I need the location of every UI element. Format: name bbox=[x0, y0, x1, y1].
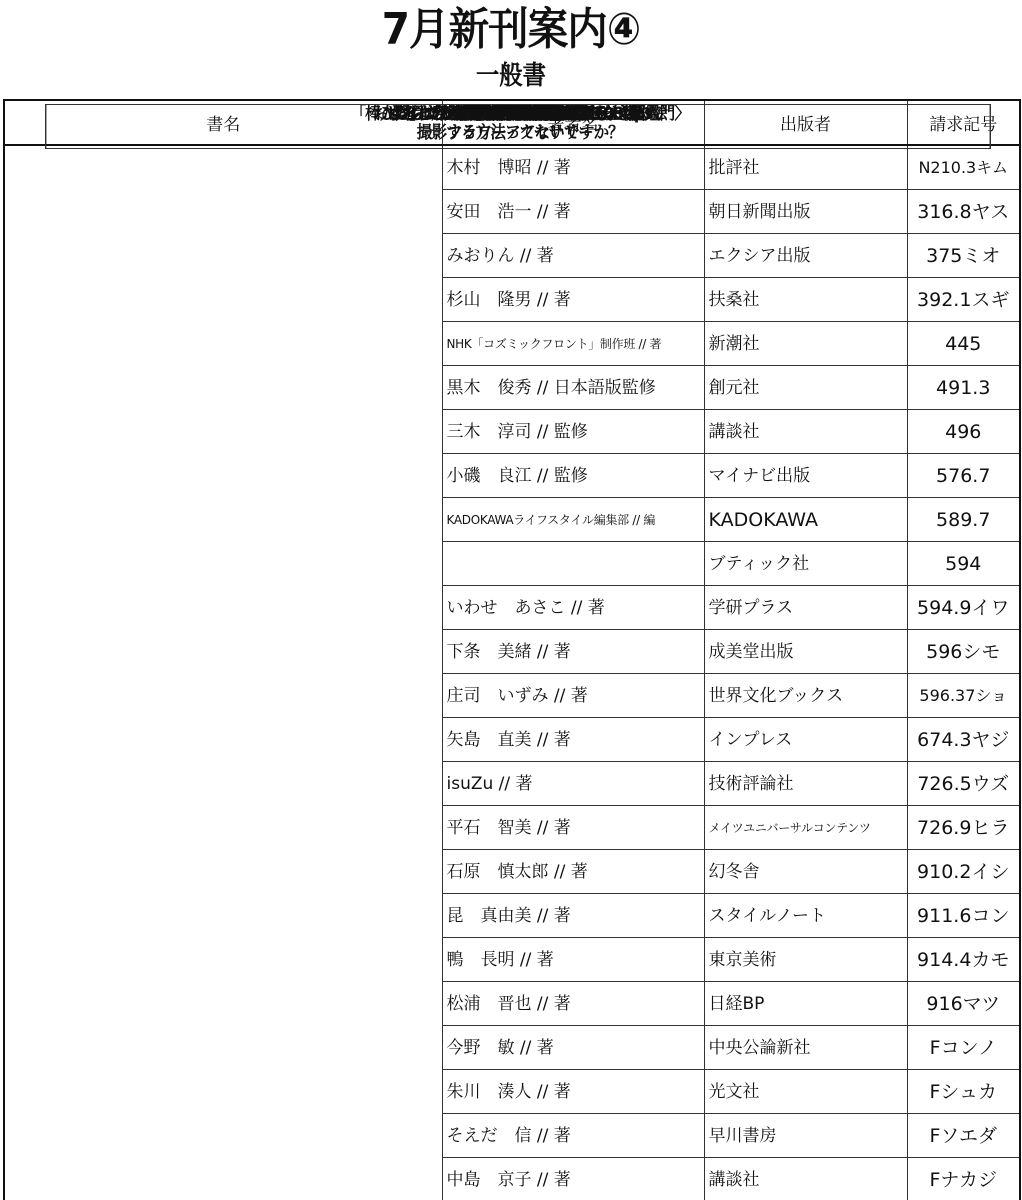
author-cell: 中島 京子 // 著 bbox=[442, 1158, 704, 1200]
author-cell: 庄司 いずみ // 著 bbox=[442, 674, 704, 718]
table-row: 絵巻で読む方丈記鴨 長明 // 著東京美術914.4カモ bbox=[4, 938, 1020, 982]
author-cell: 平石 智美 // 著 bbox=[442, 806, 704, 850]
author-cell: いわせ あさこ // 著 bbox=[442, 586, 704, 630]
author-cell: 安田 浩一 // 著 bbox=[442, 190, 704, 234]
publisher-cell: 世界文化ブックス bbox=[704, 674, 907, 718]
publisher-cell: 幻冬舎 bbox=[704, 850, 907, 894]
table-row: からだが整うゆるヴィーガン・レシピ庄司 いずみ // 著世界文化ブックス596.… bbox=[4, 674, 1020, 718]
author-cell: 石原 慎太郎 // 著 bbox=[442, 850, 704, 894]
publisher-cell: エクシア出版 bbox=[704, 234, 907, 278]
publisher-cell: 講談社 bbox=[704, 410, 907, 454]
table-row: いきいき脳活性手芸ブティック社594 bbox=[4, 542, 1020, 586]
publisher-cell: インプレス bbox=[704, 718, 907, 762]
call-number-cell: 491.3 bbox=[907, 366, 1020, 410]
publisher-cell: 日経BP bbox=[704, 982, 907, 1026]
publisher-cell: 東京美術 bbox=[704, 938, 907, 982]
publisher-cell: 光文社 bbox=[704, 1070, 907, 1114]
publisher-cell: 学研プラス bbox=[704, 586, 907, 630]
call-number-cell: 596.37ショ bbox=[907, 674, 1020, 718]
call-number-cell: 496 bbox=[907, 410, 1020, 454]
call-number-cell: Fシュカ bbox=[907, 1070, 1020, 1114]
author-cell: isuZu // 著 bbox=[442, 762, 704, 806]
call-number-cell: 726.9ヒラ bbox=[907, 806, 1020, 850]
call-number-cell: N210.3キム bbox=[907, 145, 1020, 190]
author-cell: 朱川 湊人 // 著 bbox=[442, 1070, 704, 1114]
call-number-cell: 576.7 bbox=[907, 454, 1020, 498]
author-cell: 杉山 隆男 // 著 bbox=[442, 278, 704, 322]
table-row: すみません素人でも仕事の写真を上手に撮影する方法ってないですか？矢島 直美 //… bbox=[4, 718, 1020, 762]
call-number-cell: 914.4カモ bbox=[907, 938, 1020, 982]
table-row: ひと目でわかる脳のしくみとはたらき図鑑黒木 俊秀 // 日本語版監修創元社491… bbox=[4, 366, 1020, 410]
author-cell: 黒木 俊秀 // 日本語版監修 bbox=[442, 366, 704, 410]
publisher-cell: 成美堂出版 bbox=[704, 630, 907, 674]
call-number-cell: 594 bbox=[907, 542, 1020, 586]
table-row: おはなしの世界を楽しむ物語のカラー切り絵平石 智美 // 著メイツユニバーサルコ… bbox=[4, 806, 1020, 850]
table-row: もっと広がるインクの楽しみ方100tipsKADOKAWAライフスタイル編集部 … bbox=[4, 498, 1020, 542]
call-number-cell: 594.9イワ bbox=[907, 586, 1020, 630]
author-cell: そえだ 信 // 著 bbox=[442, 1114, 704, 1158]
table-row: うちで乾杯ほろ酔いつまみ下条 美緒 // 著成美堂出版596シモ bbox=[4, 630, 1020, 674]
author-cell bbox=[442, 542, 704, 586]
publisher-cell: 朝日新聞出版 bbox=[704, 190, 907, 234]
author-cell: 下条 美緒 // 著 bbox=[442, 630, 704, 674]
table-row: オリーブの実るころ中島 京子 // 著講談社Fナカジ bbox=[4, 1158, 1020, 1200]
author-cell: 三木 淳司 // 監修 bbox=[442, 410, 704, 454]
author-cell: 松浦 晋也 // 著 bbox=[442, 982, 704, 1026]
call-number-cell: 596シモ bbox=[907, 630, 1020, 674]
table-row: 外国人差別の現場安田 浩一 // 著朝日新聞出版316.8ヤス bbox=[4, 190, 1020, 234]
call-number-cell: 316.8ヤス bbox=[907, 190, 1020, 234]
table-row: 作詞入門昆 真由美 // 著スタイルノート911.6コン bbox=[4, 894, 1020, 938]
table-row: どんどん勉強が楽しくなるノート術みおりん // 著エクシア出版375ミオ bbox=[4, 234, 1020, 278]
publisher-cell: KADOKAWA bbox=[704, 498, 907, 542]
author-cell: 昆 真由美 // 著 bbox=[442, 894, 704, 938]
page-subtitle: 一般書 bbox=[51, 58, 971, 94]
book-title-cell: オリーブの実るころ bbox=[45, 104, 991, 149]
author-cell: KADOKAWAライフスタイル編集部 // 編 bbox=[442, 498, 704, 542]
author-cell: みおりん // 著 bbox=[442, 234, 704, 278]
call-number-cell: Fナカジ bbox=[907, 1158, 1020, 1200]
new-books-flyer: 7月新刊案内④ 一般書 書名 著者名 出版者 請求記号 三輪山の神と古代ヤマト木… bbox=[0, 0, 1022, 1200]
table-row: 新しい香水の教科書小磯 良江 // 監修マイナビ出版576.7 bbox=[4, 454, 1020, 498]
author-cell: 鴨 長明 // 著 bbox=[442, 938, 704, 982]
table-row: 太陽系の謎を解くNHK「コズミックフロント」制作班 // 著新潮社445 bbox=[4, 322, 1020, 366]
publisher-cell: メイツユニバーサルコンテンツ bbox=[704, 806, 907, 850]
publisher-cell: ブティック社 bbox=[704, 542, 907, 586]
publisher-cell: スタイルノート bbox=[704, 894, 907, 938]
table-row: 三輪山の神と古代ヤマト木村 博昭 // 著批評社N210.3キム bbox=[4, 145, 1020, 190]
publisher-cell: 早川書房 bbox=[704, 1114, 907, 1158]
call-number-cell: 375ミオ bbox=[907, 234, 1020, 278]
call-number-cell: 589.7 bbox=[907, 498, 1020, 542]
table-row: 任侠楽団今野 敏 // 著中央公論新社Fコンノ bbox=[4, 1026, 1020, 1070]
page-title: 7月新刊案内④ bbox=[41, 4, 981, 56]
table-row: 揚羽の夢朱川 湊人 // 著光文社Fシュカ bbox=[4, 1070, 1020, 1114]
table-row: 子どもの目を守る本三木 淳司 // 監修講談社496 bbox=[4, 410, 1020, 454]
publisher-cell: 技術評論社 bbox=[704, 762, 907, 806]
publisher-cell: 批評社 bbox=[704, 145, 907, 190]
new-books-table: 書名 著者名 出版者 請求記号 三輪山の神と古代ヤマト木村 博昭 // 著批評社… bbox=[3, 99, 1021, 1200]
author-cell: 木村 博昭 // 著 bbox=[442, 145, 704, 190]
call-number-cell: Fコンノ bbox=[907, 1026, 1020, 1070]
publisher-cell: マイナビ出版 bbox=[704, 454, 907, 498]
publisher-cell: 講談社 bbox=[704, 1158, 907, 1200]
publisher-cell: 扶桑社 bbox=[704, 278, 907, 322]
table-row: 母さん、ごめん。 2松浦 晋也 // 著日経BP916マツ bbox=[4, 982, 1020, 1026]
call-number-cell: 726.5ウズ bbox=[907, 762, 1020, 806]
call-number-cell: 674.3ヤジ bbox=[907, 718, 1020, 762]
author-cell: NHK「コズミックフロント」制作班 // 著 bbox=[442, 322, 704, 366]
table-row: 「私」という男の生涯石原 慎太郎 // 著幻冬舎910.2イシ bbox=[4, 850, 1020, 894]
call-number-cell: 916マツ bbox=[907, 982, 1020, 1026]
table-row: 「棒人間」からはじめるキャラの描き方〈超入門〉isuZu // 著技術評論社72… bbox=[4, 762, 1020, 806]
call-number-cell: 911.6コン bbox=[907, 894, 1020, 938]
call-number-cell: 910.2イシ bbox=[907, 850, 1020, 894]
author-cell: 小磯 良江 // 監修 bbox=[442, 454, 704, 498]
publisher-cell: 創元社 bbox=[704, 366, 907, 410]
author-cell: 今野 敏 // 著 bbox=[442, 1026, 704, 1070]
table-row: シンプルかわいいマニキュアでつくるフラワーアクセサリーいわせ あさこ // 著学… bbox=[4, 586, 1020, 630]
author-cell: 矢島 直美 // 著 bbox=[442, 718, 704, 762]
call-number-cell: 445 bbox=[907, 322, 1020, 366]
table-row: 私は自衛官杉山 隆男 // 著扶桑社392.1スギ bbox=[4, 278, 1020, 322]
publisher-cell: 新潮社 bbox=[704, 322, 907, 366]
publisher-cell: 中央公論新社 bbox=[704, 1026, 907, 1070]
call-number-cell: Fソエダ bbox=[907, 1114, 1020, 1158]
call-number-cell: 392.1スギ bbox=[907, 278, 1020, 322]
table-row: 臼月トウコは援護りたいそえだ 信 // 著早川書房Fソエダ bbox=[4, 1114, 1020, 1158]
